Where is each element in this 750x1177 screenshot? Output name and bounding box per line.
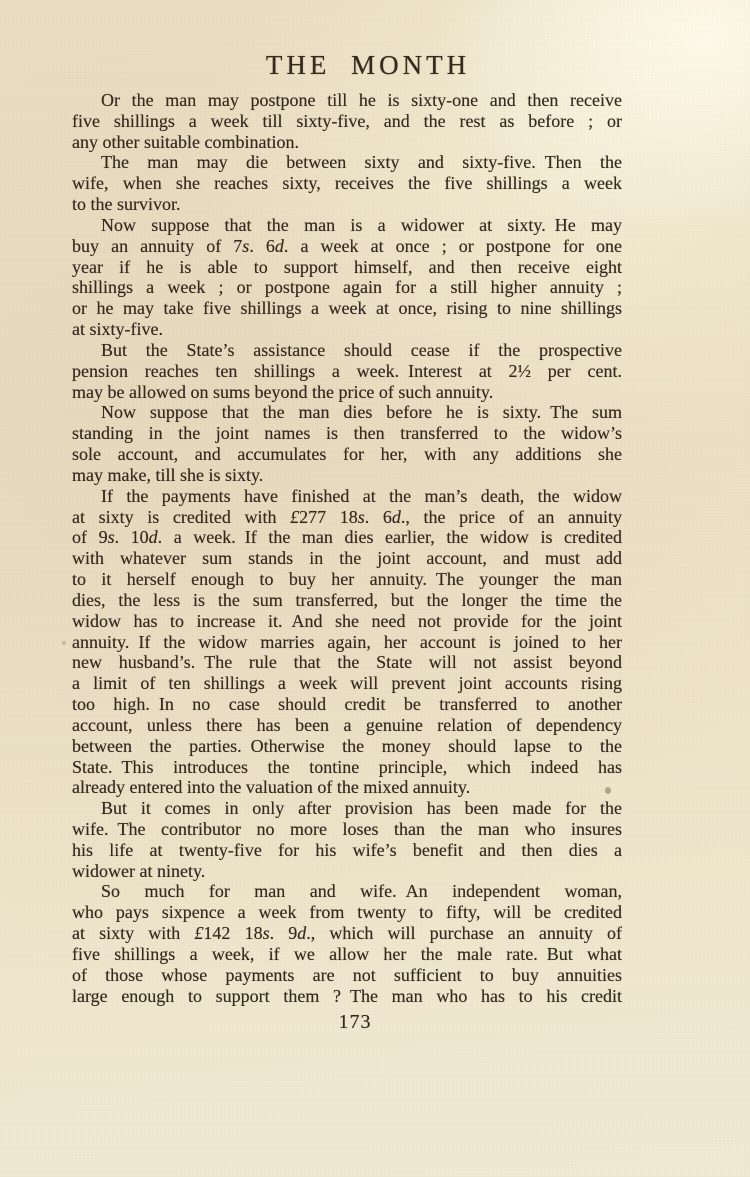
text-line: widower at ninety.: [72, 861, 622, 882]
text-line: five shillings a week till sixty-five, a…: [72, 111, 622, 132]
text-line: to the survivor.: [72, 194, 622, 215]
text-line: large enough to support them ? The man w…: [72, 986, 622, 1007]
text-line: annuity. If the widow marries again, her…: [72, 632, 622, 653]
book-page: THE MONTH Or the man may postpone till h…: [0, 0, 750, 1177]
text-line: buy an annuity of 7s. 6d. a week at once…: [72, 236, 622, 257]
text-line: his life at twenty-five for his wife’s b…: [72, 840, 622, 861]
text-line: Or the man may postpone till he is sixty…: [72, 90, 622, 111]
text-line: wife. The contributor no more loses than…: [72, 819, 622, 840]
text-line: of those whose payments are not sufficie…: [72, 965, 622, 986]
text-line: State. This introduces the tontine princ…: [72, 757, 622, 778]
text-line: account, unless there has been a genuine…: [72, 715, 622, 736]
text-line: shillings a week ; or postpone again for…: [72, 277, 622, 298]
page-number: 173: [0, 1011, 710, 1034]
text-line: year if he is able to support himself, a…: [72, 257, 622, 278]
text-line: five shillings a week, if we allow her t…: [72, 944, 622, 965]
text-line: Now suppose that the man dies before he …: [72, 402, 622, 423]
text-line: any other suitable combination.: [72, 132, 622, 153]
page-title: THE MONTH: [0, 50, 743, 81]
text-line: between the parties. Otherwise the money…: [72, 736, 622, 757]
text-line: pension reaches ten shillings a week. In…: [72, 361, 622, 382]
text-line: already entered into the valuation of th…: [72, 777, 622, 798]
text-line: at sixty is credited with £277 18s. 6d.,…: [72, 507, 622, 528]
text-line: of 9s. 10d. a week. If the man dies earl…: [72, 527, 622, 548]
text-line: new husband’s. The rule that the State w…: [72, 652, 622, 673]
text-line: may be allowed on sums beyond the price …: [72, 382, 622, 403]
scan-speck: [62, 641, 66, 645]
text-line: sole account, and accumulates for her, w…: [72, 444, 622, 465]
text-line: too high. In no case should credit be tr…: [72, 694, 622, 715]
body-text-block: Or the man may postpone till he is sixty…: [72, 90, 622, 1006]
text-line: widow has to increase it. And she need n…: [72, 611, 622, 632]
text-line: may make, till she is sixty.: [72, 465, 622, 486]
text-line: But it comes in only after provision has…: [72, 798, 622, 819]
text-line: If the payments have finished at the man…: [72, 486, 622, 507]
text-line: with whatever sum stands in the joint ac…: [72, 548, 622, 569]
text-line: wife, when she reaches sixty, receives t…: [72, 173, 622, 194]
text-line: standing in the joint names is then tran…: [72, 423, 622, 444]
text-line: to it herself enough to buy her annuity.…: [72, 569, 622, 590]
text-line: The man may die between sixty and sixty-…: [72, 152, 622, 173]
text-line: Now suppose that the man is a widower at…: [72, 215, 622, 236]
text-line: So much for man and wife. An independent…: [72, 881, 622, 902]
text-line: dies, the less is the sum transferred, b…: [72, 590, 622, 611]
text-line: But the State’s assistance should cease …: [72, 340, 622, 361]
text-line: at sixty with £142 18s. 9d., which will …: [72, 923, 622, 944]
text-line: at sixty-five.: [72, 319, 622, 340]
text-line: who pays sixpence a week from twenty to …: [72, 902, 622, 923]
text-line: or he may take five shillings a week at …: [72, 298, 622, 319]
text-line: a limit of ten shillings a week will pre…: [72, 673, 622, 694]
